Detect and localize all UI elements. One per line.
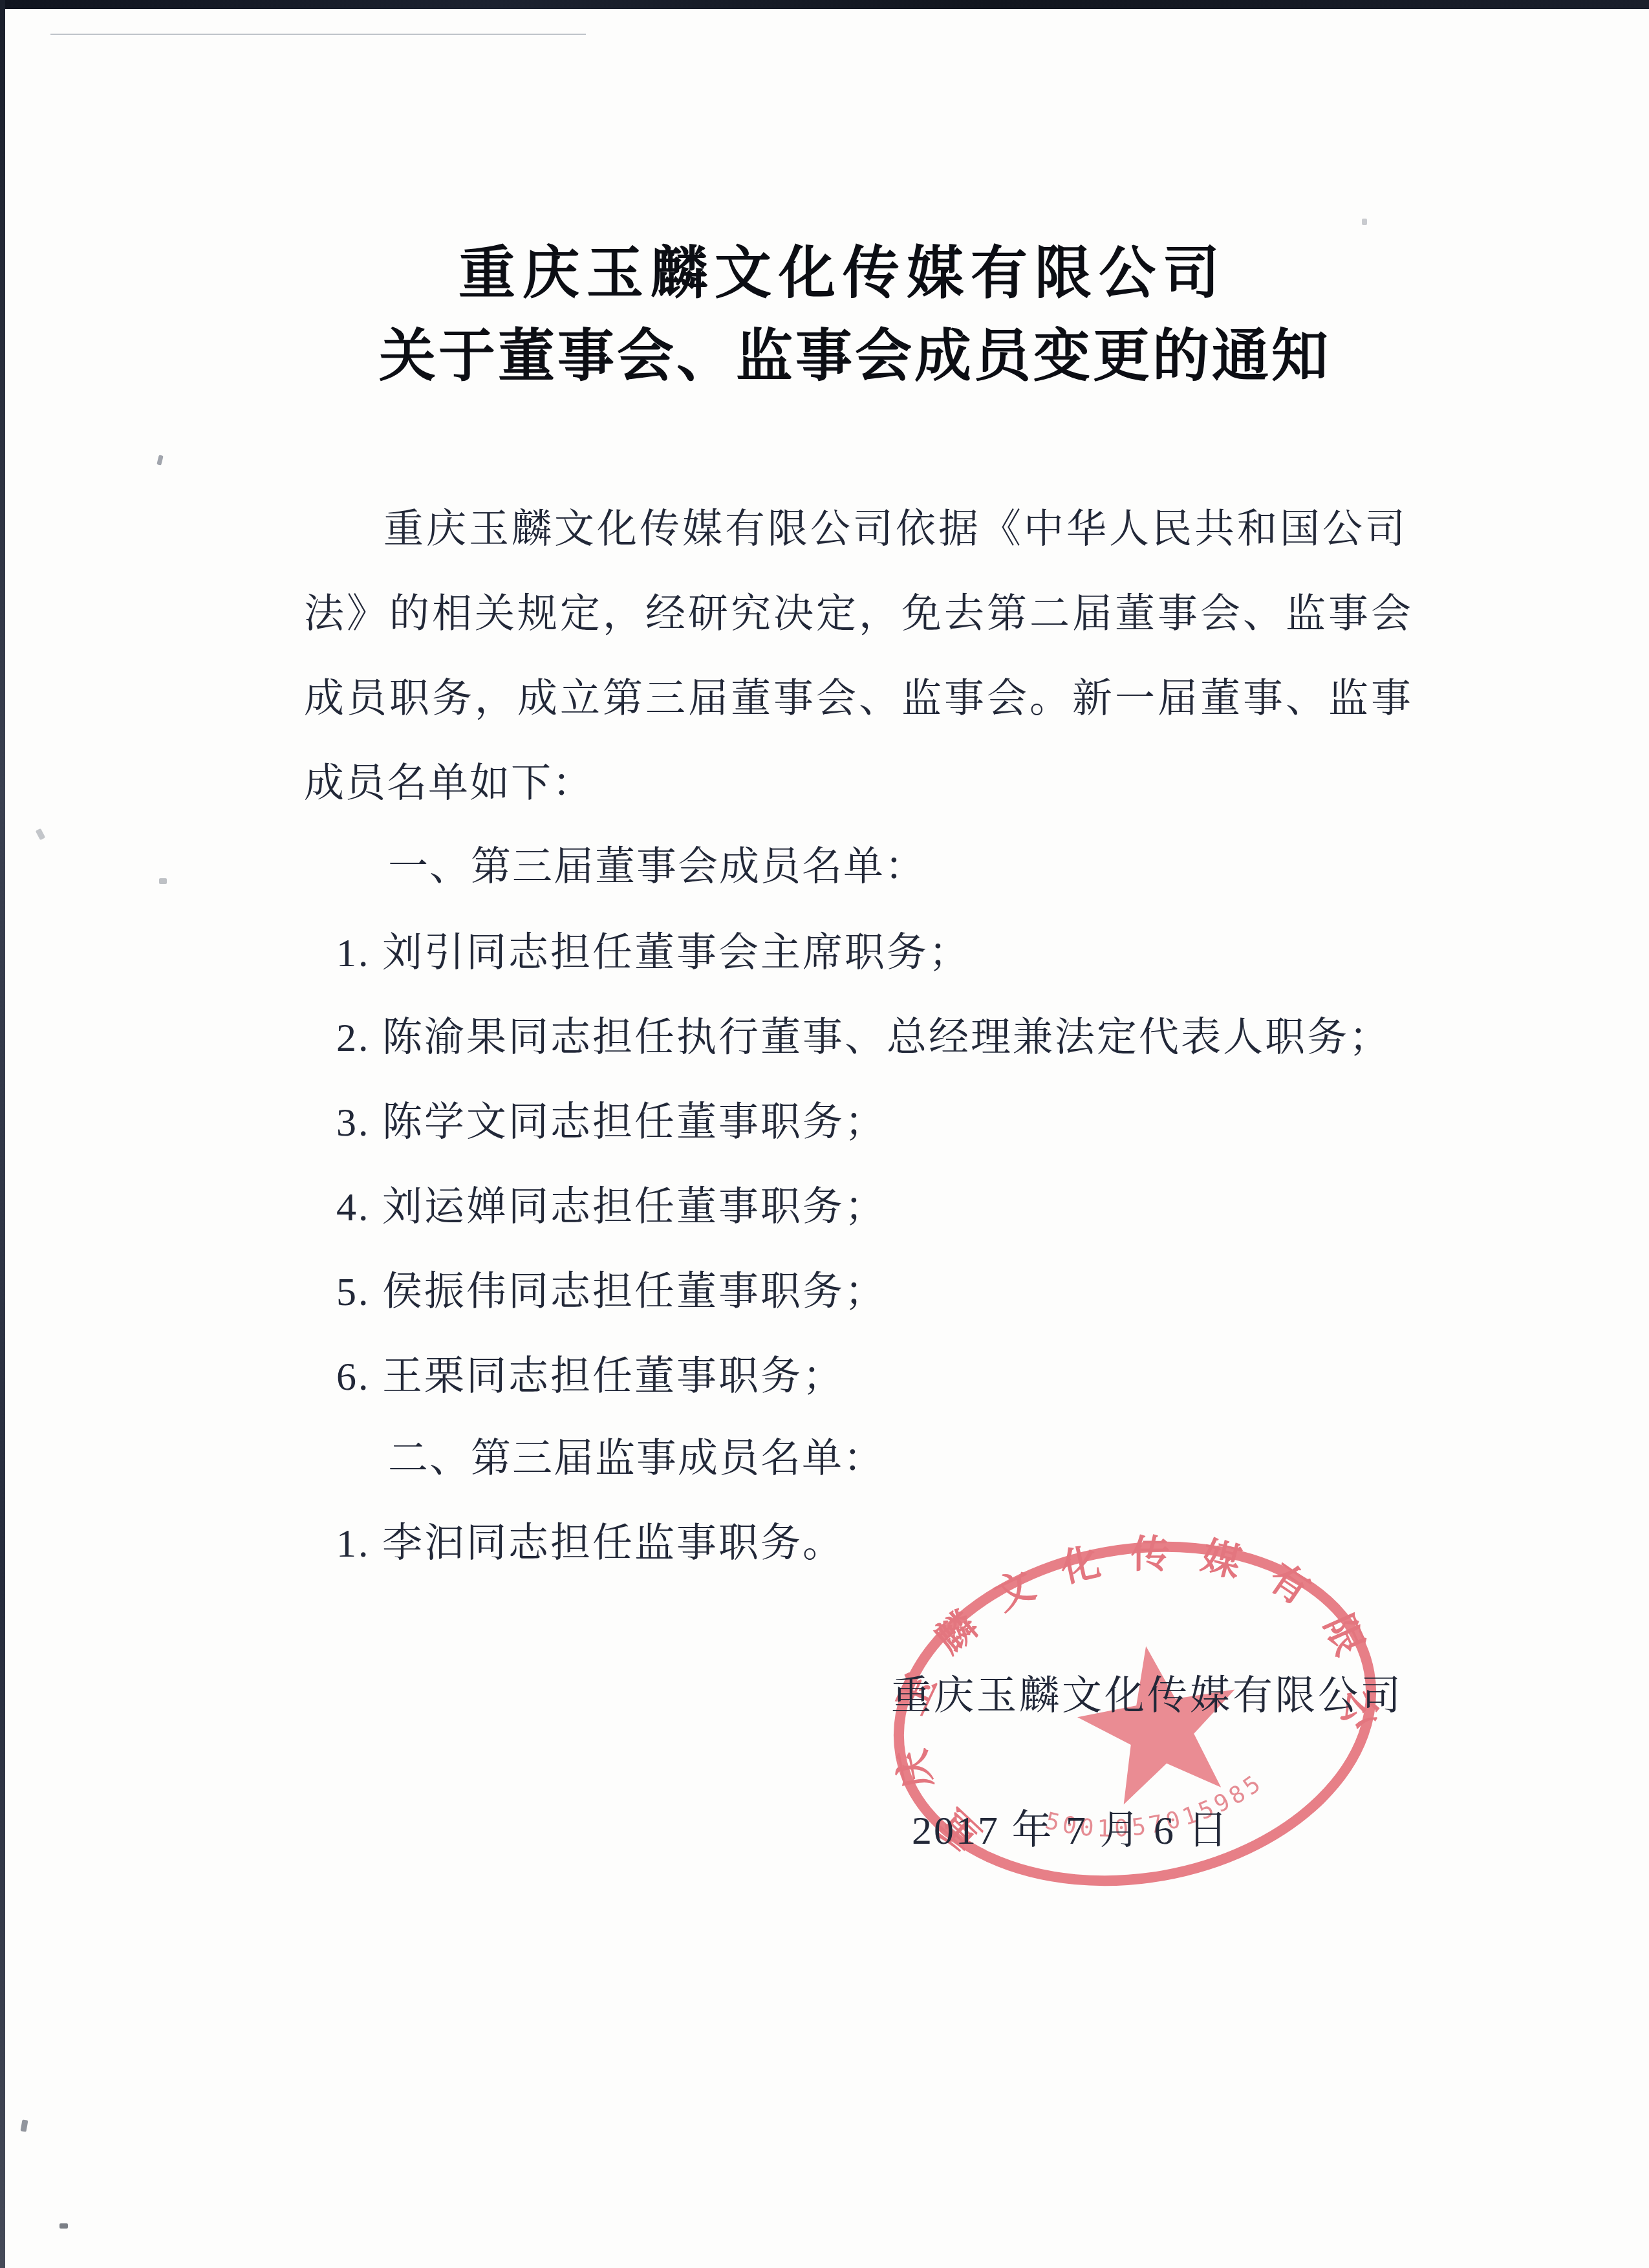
scanned-document-page: 重庆玉麟文化传媒有限公司 关于董事会、监事会成员变更的通知 重庆玉麟文化传媒有限… <box>0 0 1649 2268</box>
scan-edge-top <box>0 0 1649 9</box>
scan-speck <box>1362 219 1367 225</box>
list-item-director-2: 2. 陈渝果同志担任执行董事、总经理兼法定代表人职务； <box>336 1005 1391 1063</box>
scan-speck <box>59 2223 68 2229</box>
paragraph-line-3: 成员职务，成立第三届董事会、监事会。新一届董事、监事 <box>304 666 1414 724</box>
signature-date: 2017 年 7 月 6 日 <box>912 1798 1230 1855</box>
list-item-director-4: 4. 刘运婵同志担任董事职务； <box>336 1174 887 1232</box>
section2-heading: 二、第三届监事成员名单： <box>388 1426 885 1484</box>
list-item-supervisor-1: 1. 李汩同志担任监事职务。 <box>336 1511 845 1568</box>
document-title-line-2: 关于董事会、监事会成员变更的通知 <box>379 310 1331 392</box>
document-title-line-1: 重庆玉麟文化传媒有限公司 <box>458 228 1227 309</box>
list-item-director-6: 6. 王栗同志担任董事职务； <box>336 1344 845 1401</box>
paragraph-line-1: 重庆玉麟文化传媒有限公司依据《中华人民共和国公司 <box>383 497 1408 554</box>
scan-speck <box>21 2119 28 2132</box>
scan-artifact-line <box>50 34 586 35</box>
signature-company-name: 重庆玉麟文化传媒有限公司 <box>891 1663 1403 1721</box>
paragraph-line-4: 成员名单如下： <box>304 751 594 808</box>
star-icon <box>1067 1632 1251 1810</box>
list-item-director-3: 3. 陈学文同志担任董事职务； <box>336 1090 887 1147</box>
scan-speck <box>36 828 45 840</box>
list-item-director-5: 5. 侯振伟同志担任董事职务； <box>336 1259 887 1317</box>
scan-speck <box>159 878 167 884</box>
paragraph-line-2: 法》的相关规定，经研究决定，免去第二届董事会、监事会 <box>304 581 1414 639</box>
list-item-director-1: 1. 刘引同志担任董事会主席职务； <box>336 920 971 978</box>
scan-speck <box>156 455 163 465</box>
scan-edge-left <box>0 0 5 2268</box>
section1-heading: 一、第三届董事会成员名单： <box>388 834 926 892</box>
